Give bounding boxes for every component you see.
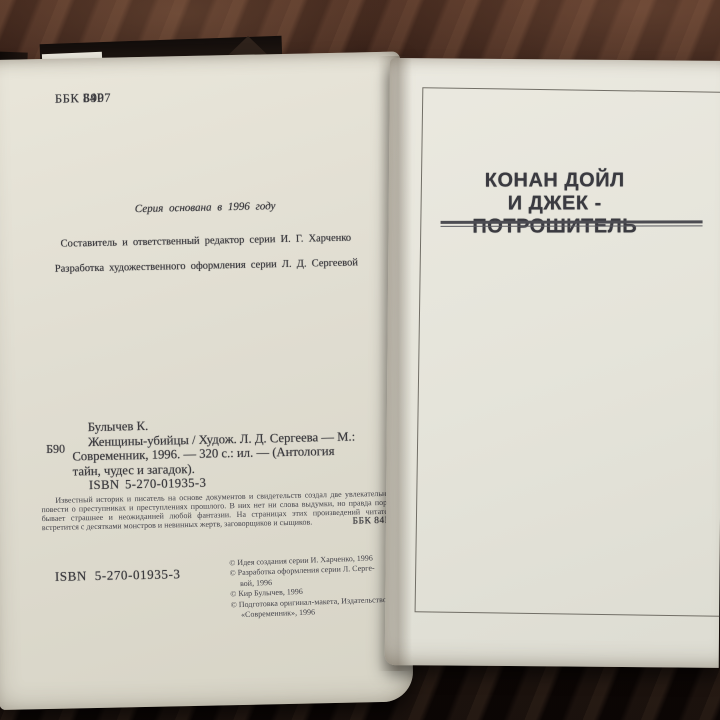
bbk-classification: ББК 84Р7 Б90 [55,91,105,106]
title-line-2: И ДЖЕК - ПОТРОШИТЕЛЬ [423,192,687,238]
series-designer-line: Разработка художественного оформления се… [38,257,374,275]
isbn-bottom: ISBN 5-270-01935-3 [55,566,181,585]
right-page-half-title: КОНАН ДОЙЛ И ДЖЕК - ПОТРОШИТЕЛЬ [385,58,720,668]
bibliographic-entry: Булычев К. Б90 Женщины-убийцы / Худож. Л… [44,414,393,494]
decorative-frame [415,87,720,617]
left-page-copyright: ББК 84Р7 Б90 Серия основана в 1996 году … [0,52,414,711]
biblio-margin-code: Б90 [46,442,65,457]
copyright-block: © Идея создания серии И. Харченко, 1996 … [229,552,411,621]
title-line-1: КОНАН ДОЙЛ [423,169,687,192]
series-editor-line: Составитель и ответственный редактор сер… [38,232,374,250]
bbk-code: ББК 84Р7 [55,91,112,106]
half-title-heading: КОНАН ДОЙЛ И ДЖЕК - ПОТРОШИТЕЛЬ [423,169,687,238]
book-photo: ББК 84Р7 Б90 Серия основана в 1996 году … [0,0,720,720]
title-rule-thick [441,220,703,223]
series-founded-note: Серия основана в 1996 году [37,198,373,217]
